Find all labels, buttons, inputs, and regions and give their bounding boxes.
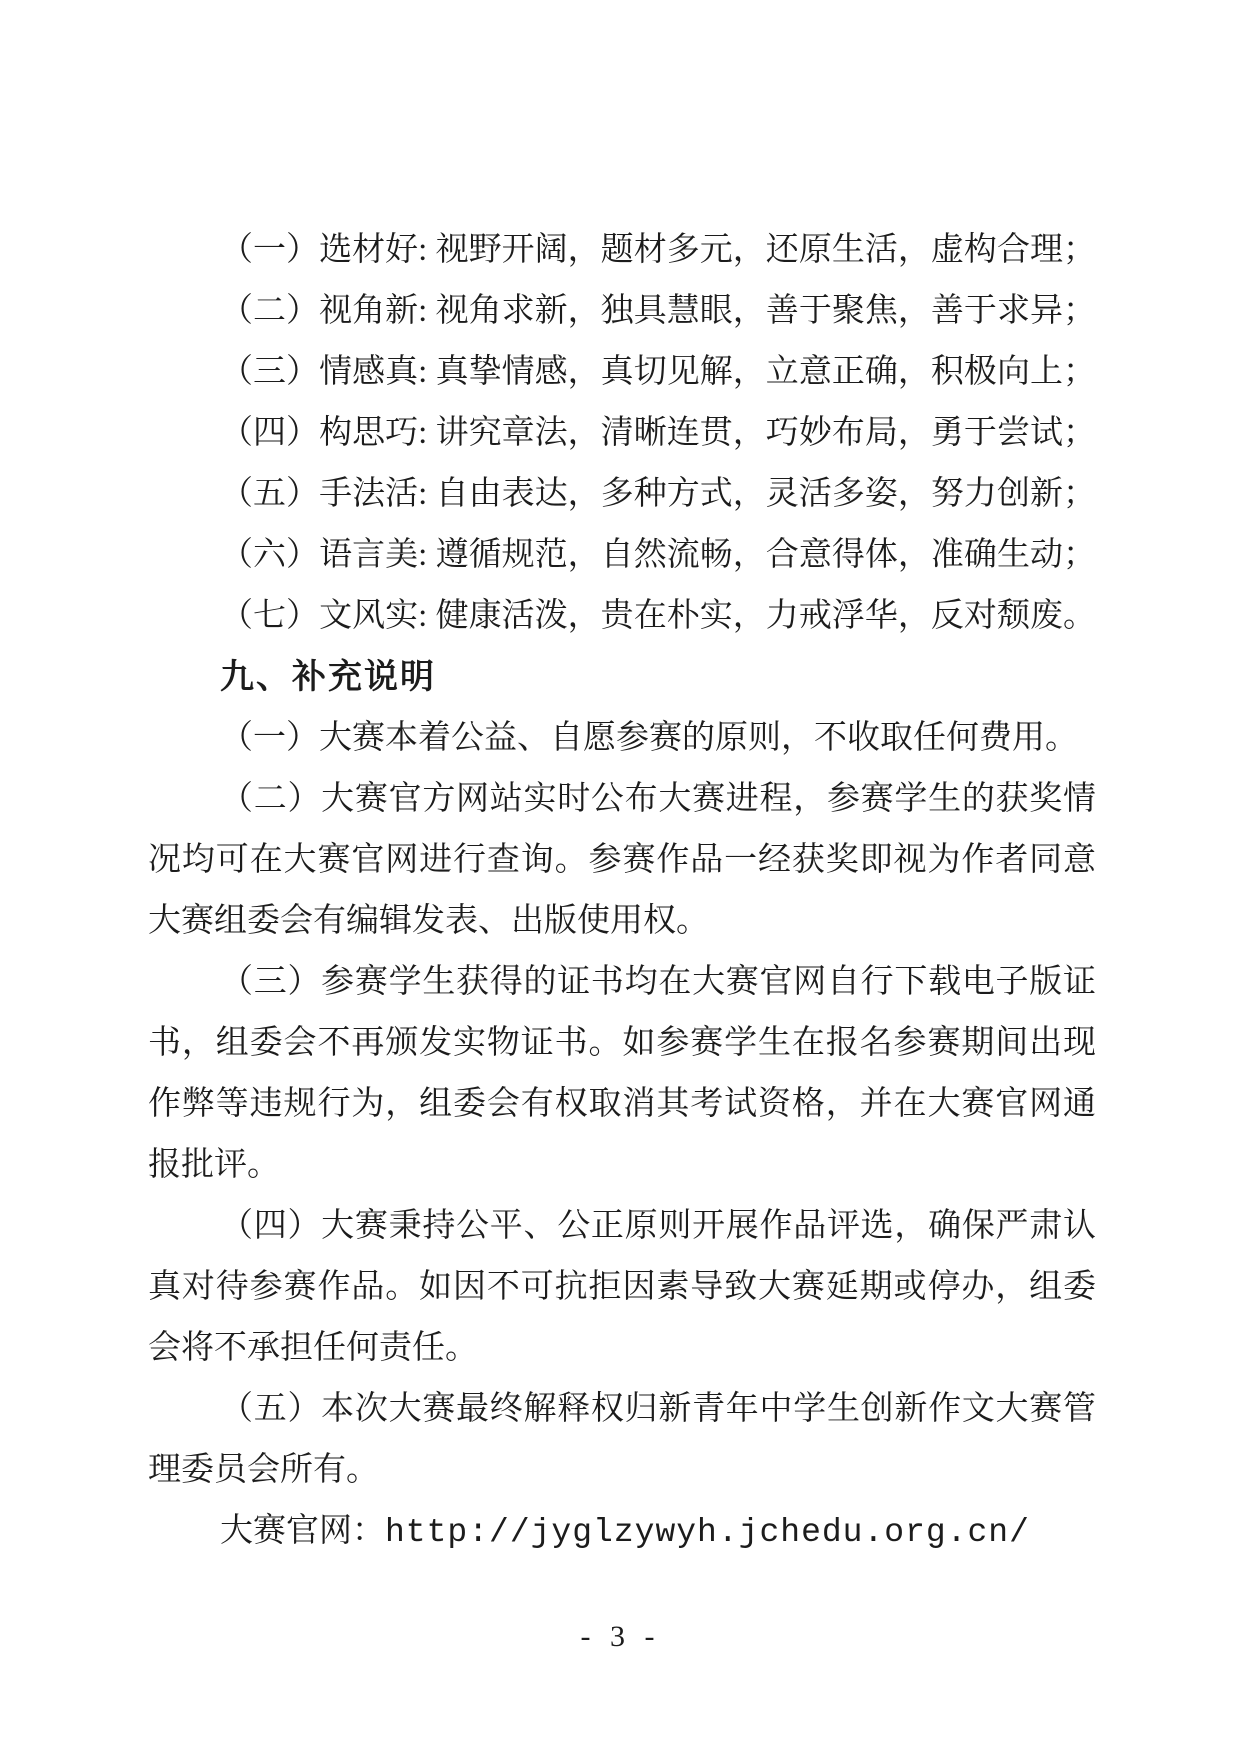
supplement-item-3-line-4: 报批评。 — [148, 1135, 1096, 1196]
criteria-line-1: （一）选材好: 视野开阔，题材多元，还原生活，虚构合理； — [148, 220, 1096, 281]
supplement-item-5-line-2: 理委员会所有。 — [148, 1440, 1096, 1501]
document-page: （一）选材好: 视野开阔，题材多元，还原生活，虚构合理； （二）视角新: 视角求… — [0, 0, 1241, 1754]
criteria-line-4: （四）构思巧: 讲究章法，清晰连贯，巧妙布局，勇于尝试； — [148, 403, 1096, 464]
page-number: - 3 - — [0, 1620, 1241, 1654]
supplement-item-3-line-3: 作弊等违规行为，组委会有权取消其考试资格，并在大赛官网通 — [148, 1074, 1096, 1135]
website-url: http://jyglzywyh.jchedu.org.cn/ — [385, 1514, 1030, 1551]
criteria-line-3: （三）情感真: 真挚情感，真切见解，立意正确，积极向上； — [148, 342, 1096, 403]
criteria-line-7: （七）文风实: 健康活泼，贵在朴实，力戒浮华，反对颓废。 — [148, 586, 1096, 647]
supplement-item-4-line-1: （四）大赛秉持公平、公正原则开展作品评选，确保严肃认 — [148, 1196, 1096, 1257]
supplement-item-3-line-2: 书，组委会不再颁发实物证书。如参赛学生在报名参赛期间出现 — [148, 1013, 1096, 1074]
supplement-item-5-line-1: （五）本次大赛最终解释权归新青年中学生创新作文大赛管 — [148, 1379, 1096, 1440]
official-website-line: 大赛官网：http://jyglzywyh.jchedu.org.cn/ — [148, 1501, 1096, 1562]
supplement-item-2-line-2: 况均可在大赛官网进行查询。参赛作品一经获奖即视为作者同意 — [148, 830, 1096, 891]
supplement-item-2-line-1: （二）大赛官方网站实时公布大赛进程，参赛学生的获奖情 — [148, 769, 1096, 830]
criteria-line-6: （六）语言美: 遵循规范，自然流畅，合意得体，准确生动； — [148, 525, 1096, 586]
supplement-item-4-line-3: 会将不承担任何责任。 — [148, 1318, 1096, 1379]
criteria-line-2: （二）视角新: 视角求新，独具慧眼，善于聚焦，善于求异； — [148, 281, 1096, 342]
supplement-item-4-line-2: 真对待参赛作品。如因不可抗拒因素导致大赛延期或停办，组委 — [148, 1257, 1096, 1318]
supplement-item-1: （一）大赛本着公益、自愿参赛的原则，不收取任何费用。 — [148, 708, 1096, 769]
supplement-item-3-line-1: （三）参赛学生获得的证书均在大赛官网自行下载电子版证 — [148, 952, 1096, 1013]
supplement-item-2-line-3: 大赛组委会有编辑发表、出版使用权。 — [148, 891, 1096, 952]
criteria-line-5: （五）手法活: 自由表达，多种方式，灵活多姿，努力创新； — [148, 464, 1096, 525]
document-body: （一）选材好: 视野开阔，题材多元，还原生活，虚构合理； （二）视角新: 视角求… — [148, 220, 1096, 1562]
section-heading: 九、补充说明 — [148, 647, 1096, 708]
website-label: 大赛官网： — [220, 1513, 385, 1549]
